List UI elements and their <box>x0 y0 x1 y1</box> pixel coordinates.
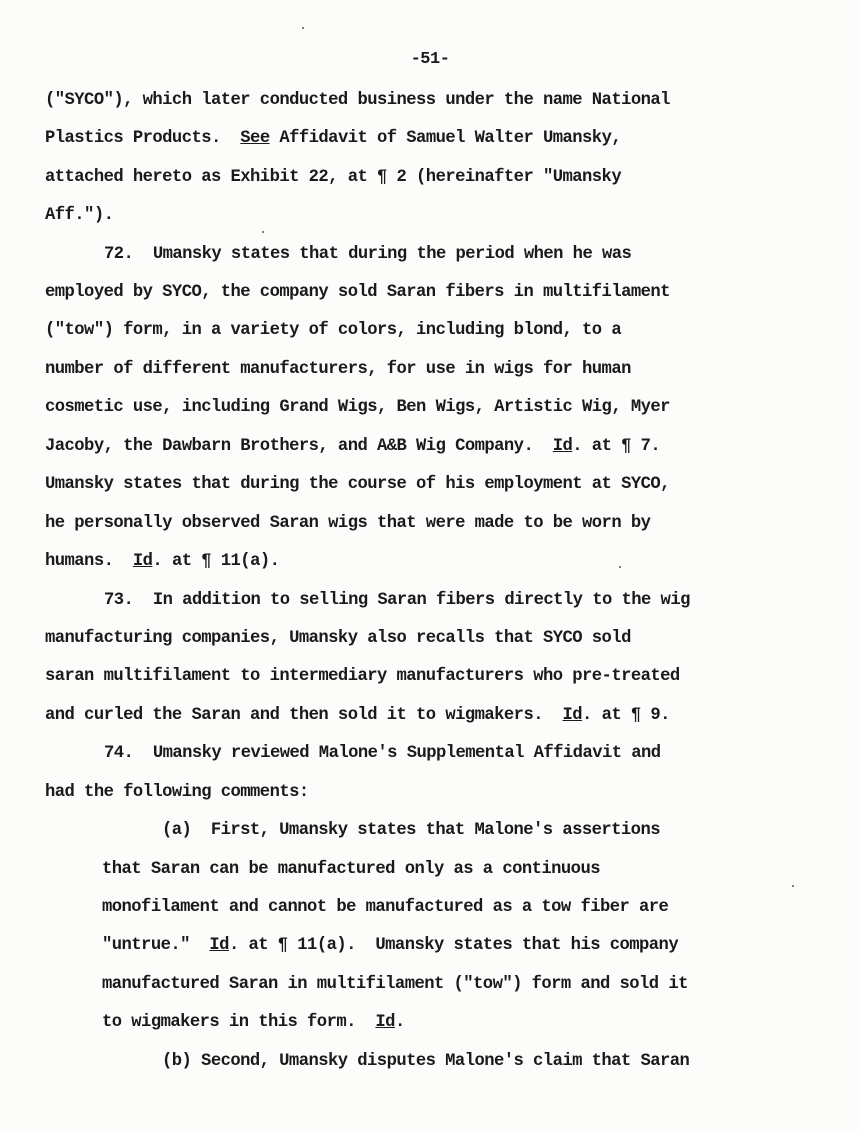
text-segment: cosmetic use, including Grand Wigs, Ben … <box>45 398 670 417</box>
text-line: to wigmakers in this form. Id. <box>102 1013 405 1033</box>
text-segment: 73. In addition to selling Saran fibers … <box>104 591 690 610</box>
citation-signal: Id <box>563 706 583 725</box>
text-segment: employed by SYCO, the company sold Saran… <box>45 283 670 302</box>
text-line: monofilament and cannot be manufactured … <box>102 898 668 918</box>
text-segment: saran multifilament to intermediary manu… <box>45 667 680 686</box>
text-segment: Aff."). <box>45 206 113 225</box>
text-segment: Plastics Products. <box>45 129 240 148</box>
text-segment: 72. Umansky states that during the perio… <box>104 245 631 264</box>
citation-signal: See <box>240 129 269 148</box>
text-line: ("tow") form, in a variety of colors, in… <box>45 321 621 341</box>
text-segment: ("SYCO"), which later conducted business… <box>45 91 670 110</box>
text-line: attached hereto as Exhibit 22, at ¶ 2 (h… <box>45 168 621 188</box>
text-segment: monofilament and cannot be manufactured … <box>102 898 668 917</box>
citation-signal: Id <box>133 552 153 571</box>
text-line: saran multifilament to intermediary manu… <box>45 667 680 687</box>
text-segment: had the following comments: <box>45 783 309 802</box>
text-line: cosmetic use, including Grand Wigs, Ben … <box>45 398 670 418</box>
scan-speck <box>619 566 621 568</box>
text-line: ("SYCO"), which later conducted business… <box>45 91 670 111</box>
text-segment: he personally observed Saran wigs that w… <box>45 514 650 533</box>
text-line: and curled the Saran and then sold it to… <box>45 706 670 726</box>
text-segment: Umansky states that during the course of… <box>45 475 670 494</box>
text-segment: and curled the Saran and then sold it to… <box>45 706 563 725</box>
text-segment: to wigmakers in this form. <box>102 1013 375 1032</box>
text-line: employed by SYCO, the company sold Saran… <box>45 283 670 303</box>
text-line: manufactured Saran in multifilament ("to… <box>102 975 688 995</box>
text-segment: number of different manufacturers, for u… <box>45 360 631 379</box>
text-segment: manufacturing companies, Umansky also re… <box>45 629 631 648</box>
text-line: that Saran can be manufactured only as a… <box>102 860 600 880</box>
text-segment: . <box>395 1013 405 1032</box>
text-segment: manufactured Saran in multifilament ("to… <box>102 975 688 994</box>
text-line: had the following comments: <box>45 783 309 803</box>
text-segment: "untrue." <box>102 936 209 955</box>
text-line: (a) First, Umansky states that Malone's … <box>162 821 660 841</box>
text-line: manufacturing companies, Umansky also re… <box>45 629 631 649</box>
text-segment: that Saran can be manufactured only as a… <box>102 860 600 879</box>
text-segment: . at ¶ 11(a). Umansky states that his co… <box>229 936 678 955</box>
text-segment: (b) Second, Umansky disputes Malone's cl… <box>162 1052 689 1071</box>
text-line: 73. In addition to selling Saran fibers … <box>104 591 690 611</box>
text-segment: 74. Umansky reviewed Malone's Supplement… <box>104 744 661 763</box>
citation-signal: Id <box>375 1013 395 1032</box>
text-segment: attached hereto as Exhibit 22, at ¶ 2 (h… <box>45 168 621 187</box>
text-line: 74. Umansky reviewed Malone's Supplement… <box>104 744 661 764</box>
text-segment: ("tow") form, in a variety of colors, in… <box>45 321 621 340</box>
text-line: Umansky states that during the course of… <box>45 475 670 495</box>
citation-signal: Id <box>553 437 573 456</box>
text-segment: (a) First, Umansky states that Malone's … <box>162 821 660 840</box>
text-line: humans. Id. at ¶ 11(a). <box>45 552 279 572</box>
text-line: (b) Second, Umansky disputes Malone's cl… <box>162 1052 689 1072</box>
text-line: Aff."). <box>45 206 113 226</box>
text-line: Plastics Products. See Affidavit of Samu… <box>45 129 621 149</box>
text-segment: . at ¶ 7. <box>572 437 660 456</box>
page-number: -51- <box>0 50 860 69</box>
text-line: he personally observed Saran wigs that w… <box>45 514 650 534</box>
text-line: Jacoby, the Dawbarn Brothers, and A&B Wi… <box>45 437 660 457</box>
text-line: 72. Umansky states that during the perio… <box>104 245 631 265</box>
text-segment: . at ¶ 9. <box>582 706 670 725</box>
text-segment: Jacoby, the Dawbarn Brothers, and A&B Wi… <box>45 437 553 456</box>
text-segment: Affidavit of Samuel Walter Umansky, <box>270 129 622 148</box>
scan-speck <box>792 885 794 887</box>
citation-signal: Id <box>209 936 229 955</box>
text-line: number of different manufacturers, for u… <box>45 360 631 380</box>
scan-speck <box>302 27 304 29</box>
text-segment: humans. <box>45 552 133 571</box>
scan-speck <box>262 231 264 233</box>
text-segment: . at ¶ 11(a). <box>152 552 279 571</box>
text-line: "untrue." Id. at ¶ 11(a). Umansky states… <box>102 936 678 956</box>
